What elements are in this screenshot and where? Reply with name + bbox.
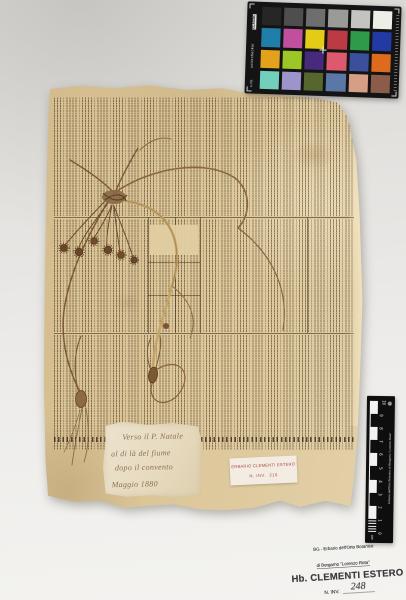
color-patch (306, 8, 326, 27)
color-patch (328, 9, 348, 28)
color-patch (284, 8, 304, 27)
color-patch (282, 71, 302, 90)
ruler-number: 5 (378, 467, 383, 469)
torn-edge (348, 135, 364, 426)
ruler-number: 0 (377, 532, 382, 534)
stain (112, 292, 142, 314)
herbarium-sheet: Verso il P. Natale al di là del fiume do… (42, 84, 364, 512)
color-patch (260, 71, 280, 90)
ruler-cm-segment (370, 414, 378, 427)
colorchecker-brand-text: colorchecker (250, 44, 255, 69)
accession-label: ERBARIO CLEMENTI ESTERO N. INV. 216 (229, 456, 297, 486)
herbarium-logo-icon: ❁ (388, 401, 393, 407)
table-rule (200, 217, 201, 333)
color-checker-sidebar: CLASSIC colorchecker x-rite (246, 7, 261, 89)
ruler-cm-segment (368, 493, 376, 506)
fiducial-corner-mark (391, 91, 396, 96)
ruler-number: 3 (378, 493, 383, 495)
color-patch (372, 32, 392, 51)
ruler-cm-segment (369, 479, 377, 492)
accession-inv-number: 216 (269, 473, 278, 478)
ruler-number: 9 (379, 414, 384, 416)
ruler-number: 8 (379, 427, 384, 429)
handwriting-line: dopo il convento (115, 462, 173, 472)
ruler-cm-segment (369, 453, 377, 466)
color-patch (348, 74, 368, 93)
bold-type-row (54, 437, 354, 442)
stain (292, 140, 336, 170)
handwritten-label: Verso il P. Natale al di là del fiume do… (101, 421, 203, 498)
color-patch (373, 11, 393, 30)
fiducial-corner-mark (249, 3, 254, 8)
table-rule (148, 295, 200, 296)
stamp-inventory-label: N. INV. (325, 589, 340, 595)
colorchecker-ruler-ticks (394, 15, 400, 91)
ruler-number: 6 (378, 454, 383, 456)
color-patch (371, 53, 391, 72)
color-patch (260, 49, 280, 68)
color-patch (305, 51, 325, 70)
table-blank-cell (150, 225, 198, 255)
color-patch (262, 7, 282, 26)
table-rule (307, 217, 308, 333)
color-patch (282, 50, 302, 69)
color-patch (304, 72, 324, 91)
color-patch (350, 31, 370, 50)
xrite-logo: x-rite (250, 79, 254, 86)
center-cross-marker (319, 46, 326, 53)
accession-label-number: N. INV. 216 (249, 473, 278, 479)
color-checker-card: CLASSIC colorchecker x-rite (244, 1, 401, 98)
ruler-unit-label: cm (370, 535, 374, 540)
color-patch (283, 29, 303, 48)
newspaper-page: Verso il P. Natale al di là del fiume do… (42, 84, 364, 512)
handwriting-line: Verso il P. Natale (122, 431, 183, 441)
color-patch (327, 52, 347, 71)
stain (163, 323, 169, 329)
ruler-number: 4 (378, 480, 383, 482)
color-patch (328, 30, 348, 49)
column-rule (54, 217, 354, 218)
column-rule (54, 333, 354, 334)
ruler-cm-segment (369, 427, 377, 440)
ruler-numbers: 109876543210 (377, 401, 387, 532)
stamp-institution-line2: di Bergamo "Lorenzo Rota" (316, 560, 370, 569)
color-patch (326, 73, 346, 92)
ruler-cm-segment (368, 506, 376, 519)
ruler-number: 2 (378, 506, 383, 508)
ruler-herbarium-text: Erbario dell'Orto Botanico di Bergamo "L… (388, 441, 392, 504)
stamp-inventory-number: 248 (342, 581, 374, 594)
cm-ruler: 109876543210 cm Erbario dell'Orto Botani… (365, 396, 395, 543)
table-rule (148, 217, 149, 333)
handwriting-line: Maggio 1880 (112, 479, 158, 489)
accession-label-title: ERBARIO CLEMENTI ESTERO (231, 462, 295, 469)
ruler-cm-segment (370, 401, 378, 414)
color-patch (349, 52, 369, 71)
ruler-cm-segment (369, 440, 377, 453)
table-rule (148, 262, 200, 263)
herbarium-stamp: BG - Erbario dell'Orto Botanico di Berga… (290, 540, 397, 597)
fiducial-corner-mark (394, 8, 399, 13)
ruler-number: 10 (381, 400, 386, 405)
ruler-cm-segment (368, 519, 376, 532)
color-patch (261, 28, 281, 47)
color-patch (350, 10, 370, 29)
colorchecker-badge: CLASSIC (252, 14, 256, 30)
photograph-canvas: { "palette": { "background_gray": "#e7e6… (0, 0, 406, 600)
handwriting-line: al di là del fiume (111, 448, 171, 458)
color-patch (370, 74, 390, 93)
fiducial-corner-mark (247, 86, 252, 91)
accession-inv-label: N. INV. (249, 473, 266, 478)
ruler-cm-segment (369, 466, 377, 479)
ruler-number: 7 (379, 441, 384, 443)
ruler-number: 1 (377, 519, 382, 521)
